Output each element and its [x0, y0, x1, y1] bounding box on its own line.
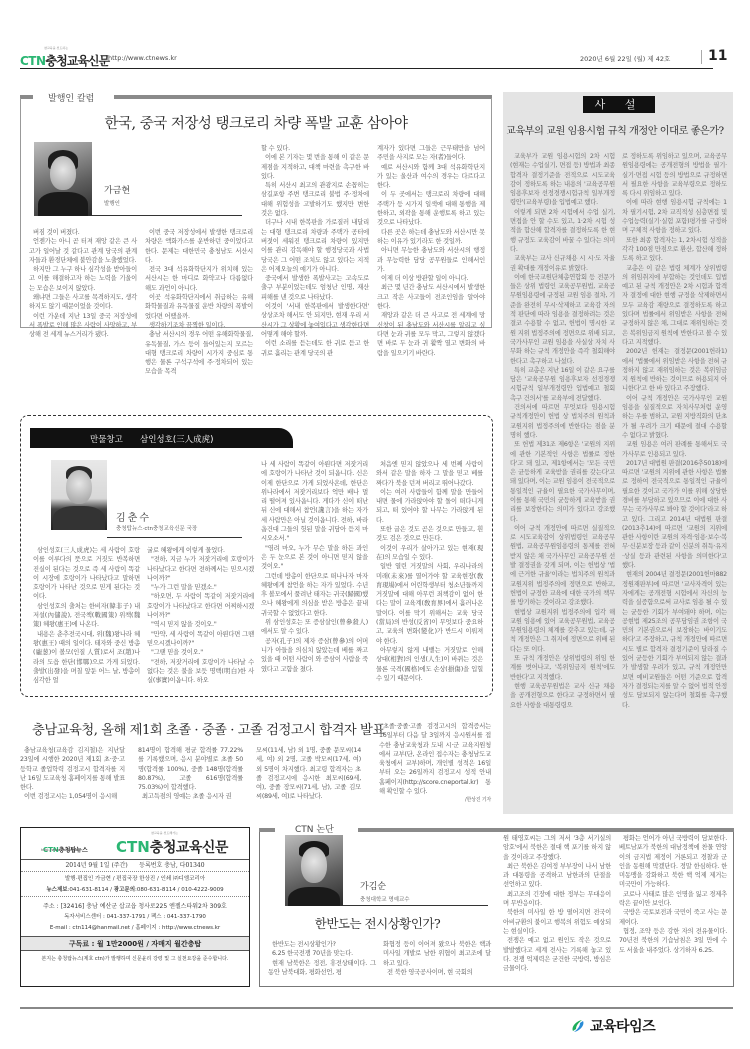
paragraph: 전쟁은 예고 없고 원인도 작은 것으로 발발했다고 세계 전사는 기록해 놓고… — [503, 936, 611, 973]
news-col-2: 814명이 합격해 평균 합격률 77.22%를 기록했으며, 응시 분야별로 … — [138, 746, 243, 802]
manmul-col-1: 삼인성호(三人成虎)는 세 사람이 호랑이를 이루다의 뜻으로 거짓도 반복하면… — [33, 546, 140, 685]
newspaper-logo[interactable]: CTN충청교육신문 — [20, 50, 109, 69]
logo-name: 충청교육신문 — [46, 54, 110, 68]
paragraph: 교육부가 교원 임용시험의 2차 시험(현재는 수업실기, 면접 등) 방법과 … — [510, 152, 615, 208]
paragraph: 교원 임용은 여러 판례를 통해서도 국가사무로 인용되고 있다. — [622, 440, 727, 459]
paragraph: 전 북한 영국공사이며, 현 국회의 — [383, 968, 491, 977]
staff-line: 발행·편집인 가금현 / 편집국장 한상진 / 인쇄 ㈜디엠코리아 — [21, 874, 249, 882]
paragraph: "그땐 믿을 것이오." — [147, 648, 254, 657]
page-header: 참교육을 선도하는 CTN충청교육신문 http://www.ctnews.kr… — [20, 36, 738, 66]
paragraph: 또 헌법 제31조 제6항은 '교원의 지위에 관한 기본적인 사항은 법률로 … — [510, 440, 615, 524]
paragraph: 건의서에 따르면 무엇보다 임용시험 규칙개정안이 헌법 상 법치주의 원칙과 … — [510, 403, 615, 440]
paragraph: "만약, 세 사람이 똑같이 아뢴다면 그땐 믿으시겠나이까?" — [147, 630, 254, 649]
paragraph: 이제 더 이상 방관할 일이 아니다. — [377, 274, 485, 283]
publisher-col-1: 버짐 것이 버졌다.언젠가는 아니 곧 터져 재앙 같은 큰 사고가 일어날 것… — [29, 228, 137, 340]
paragraph: 6.25 한국전쟁 70년을 맞는다. — [268, 949, 376, 958]
footer-logo[interactable]: 교육타임즈 — [570, 1016, 655, 1036]
swoosh-logo-icon — [570, 1018, 586, 1034]
editorial-box: 사 설 교육부의 교원 임용시험 규칙 개정안 이대로 좋은가? 교육부가 교원… — [503, 92, 733, 814]
paragraph: 다른 곳은 하는데 충남도와 서산시만 못하는 이유가 있기라도 한 것일까. — [377, 228, 485, 247]
footer-rule — [20, 1007, 733, 1009]
main-logo[interactable]: CTN충청교육신문 — [116, 837, 228, 857]
paragraph: 내용은 춘추전국시대, 위(魏)왕나라 혜왕(惠王) 때의 일이다. 태자와 중… — [33, 630, 140, 686]
paragraph: 814명이 합격해 평균 합격률 77.22%를 기록했으며, 응시 분야별로 … — [138, 746, 243, 792]
news-col-1: 충남교육청(교육감 김지철)은 지난달 23일에 시행한 2020년 제1회 초… — [20, 746, 125, 802]
paragraph: 삼인성호(三人成虎)는 세 사람이 호랑이를 이루다의 뜻으로 거짓도 반복하면… — [33, 546, 140, 602]
paragraph: 이렇게 되면 2차 시험에서 수업 실기, 면접을 안 할 수도 있고, 1·2… — [510, 208, 615, 254]
main-logo-ctn: CTN — [116, 838, 150, 856]
paragraph: 충남 서산시의 경우 어떤 유해화학물질, 유독물질, 가스 등이 들어있는지 … — [145, 330, 253, 376]
paragraph: 평화는 언어가 아닌 국방력이 담보한다. 베트남포가 북한의 대남정책에 찬물… — [619, 834, 727, 890]
manmul-column: 만물창고 삼인성호(三人成虎) 김춘수 충청탑뉴스·ctn충청교육신문 국장 삼… — [20, 415, 493, 697]
publisher-col-3: 할 수 있다.이에 본 기자는 몇 번을 통해 이 같은 문제점을 지적하고, … — [261, 144, 369, 358]
address-line: 주소 : [32416] 충남 예산군 삽교읍 청사로225 엔젤스타워2차 3… — [21, 901, 249, 910]
news-col-4: 초졸·중졸·고졸 검정고시의 합격증서는 16일부터 다음 달 3일까지 응시원… — [379, 722, 491, 806]
paragraph: "역시 믿지 않을 것이오." — [147, 620, 254, 629]
email-home-line[interactable]: E-mail : ctn114@hanmail.net / 홈페이지 : htt… — [21, 923, 249, 931]
paragraph: 나 세 사람이 똑같이 아뢴다면 저잣거리에 호랑이가 나타난 것이 되옵니다.… — [261, 460, 368, 544]
ad-label: 광고문의 — [114, 887, 135, 893]
author-name: 김춘수 — [116, 509, 151, 524]
paragraph: 언젠가는 아니 곧 터져 재앙 같은 큰 사고가 일어날 것 같다고 관계 당국… — [29, 237, 137, 265]
paragraph: "염려 마오, 누가 무슨 말을 하든 과인은 두 눈으로 본 것이 아니면 믿… — [261, 544, 368, 572]
manmul-col-4: 처음엔 믿지 않았으나 세 번째 사람이 와서 같은 말을 하자 그 말을 믿고… — [376, 460, 483, 683]
contact-line: 뉴스제보:041-631-8114 / 광고문의:080-631-8114 / … — [21, 885, 249, 897]
paragraph: 예로 서산시와 함께 3대 석유화학단지가 있는 울산과 여수의 경우는 다르다… — [377, 163, 485, 191]
author-photo — [285, 835, 343, 906]
manmul-title: 삼인성호(三人成虎) — [140, 433, 213, 445]
publisher-col-4: 계자가 있다면 그들은 근무태만을 넘어 주민을 사지로 모는 자(者)들이다.… — [377, 144, 485, 358]
paragraph: 위 삼인성호는 또 증삼살인(曾參殺人)에서도 알 수 있다. — [261, 618, 368, 637]
paragraph: 특히 교총은 지난 16일 이 같은 요구를 담은 '교육공무원 임용후보자 선… — [510, 366, 615, 403]
paragraph: 전국 3대 석유화학단지가 위치해 있는 서산시는 한 마디로 화약고나 다름없… — [145, 265, 253, 293]
editorial-label: 사 설 — [583, 96, 655, 113]
news-byline: /한상진 기자 — [379, 796, 491, 805]
author-name: 가김순 — [360, 879, 386, 892]
forum-col-4: 평화는 언어가 아닌 국방력이 담보한다. 베트남포가 북한의 대남정책에 찬물… — [619, 834, 727, 955]
paragraph: 특히 서산시 최고의 관광지로 손꼽히는 삼길포항 주변 탱크로리 불법 주·정… — [261, 181, 369, 218]
page-number: 11 — [708, 48, 727, 64]
author-rule — [343, 905, 488, 906]
paragraph: 이번 검정고시는 1,054명이 응시해 — [20, 792, 125, 801]
page-divider — [701, 50, 702, 64]
paragraph: 현재의 2004년 결정문(2001헌마882 정원재판부)에 따르면 '교사자… — [622, 570, 727, 709]
author-rule — [92, 215, 242, 216]
forum-col-3: 원 태영호씨는 그의 저서 '3층 서기실의 암호'에서 북한은 절대 핵 포기… — [503, 834, 611, 973]
main-logo-name: 충청교육신문 — [150, 840, 228, 856]
ethics-line: 본지는 충청탑뉴스(제호 ctn)가 발행하며 신문윤리 강령 및 그 실천요강… — [21, 955, 249, 962]
publisher-col-2: 이번 중국 저장성에서 발생한 탱크로리 차량은 액화가스를 운반하던 중이었다… — [145, 228, 253, 377]
paragraph: 중국에서 발생한 폭발사고는 고속도로 출구 부분이었는데도 엄청난 인명, 재… — [261, 274, 369, 302]
paragraph: 최고득점의 영예는 초졸 응시자 권 — [138, 792, 243, 801]
ad-phone[interactable]: :080-631-8114 / 010-4222-9009 — [135, 887, 224, 893]
paragraph: 원 태영호씨는 그의 저서 '3층 서기실의 암호'에서 북한은 절대 핵 포기… — [503, 834, 611, 862]
paragraph: 이는 여러 사람들이 함께 말을 만들어 내면 물에 가라앉아야 할 돌이 떠다… — [376, 488, 483, 525]
paragraph: 충남교육청(교육감 김지철)은 지난달 23일에 시행한 2020년 제1회 초… — [20, 746, 125, 792]
paragraph: 이어 규칙 개정안에 따르면 실질적으로 시도교육감이 상위법령인 교육공무원법… — [510, 524, 615, 608]
forum-col-2: 화협정 등이 이어져 왔으나 북한은 핵과 미사일 개발로 남한 위협이 최고조… — [383, 940, 491, 977]
paragraph: 공자(孔子)의 제자 증삼(曾參)의 어머니가 아들을 의심치 않았는데 베를 … — [261, 637, 368, 674]
news-headline: 충남교육청, 올해 제1회 초졸 · 중졸 · 고졸 검정고시 합격자 발표 — [32, 719, 372, 738]
paragraph: "전하, 지금 누가 저잣거리에 호랑이가 나타났다고 한다면 전하께서는 믿으… — [147, 555, 254, 583]
paragraph: "누가 그런 말을 믿겠소." — [147, 583, 254, 592]
paragraph: 한반도는 전시상황인가? — [268, 940, 376, 949]
forum-column: 가김순 충청대학교 명예교수 한반도는 전시상황인가? 한반도는 전시상황인가?… — [259, 832, 734, 987]
editorial-col-2: 로 정하도록 위임하고 있으며, 교육공무원임용령에는 공개전형의 방법을 필기… — [622, 152, 727, 812]
paragraph: 왜냐면 그들은 사고를 목격하지도, 생각하지도 않기 때문이었을 것이다. — [29, 293, 137, 312]
paragraph: 하지만 그 누구 하나 심각성을 받아들이고 이를 해결하고자 하는 노력을 기… — [29, 265, 137, 293]
reader-center-line: 독자서비스센터 : 041-337-1791 / 팩스 : 041-337-17… — [21, 912, 249, 920]
paragraph: 아니면 무능한 충남도와 서산시의 행정과 무능력한 담당 공무원들로 인해서인… — [377, 246, 485, 274]
paragraph: 최근 몇 년간 충남도 서산시에서 발생한 크고 작은 사고들이 전조인임을 알… — [377, 283, 485, 311]
sub-logo[interactable]: CTN충청탑뉴스 — [43, 837, 88, 856]
paragraph: 국방은 국토보전과 국민이 죽고 사는 문제이다. — [619, 908, 727, 927]
paragraph: 생각하기조차 끔찍한 일이다. — [145, 321, 253, 330]
registration-line: 2014년 9월 1일 (주간) 등록번호 충남, 다01340 — [21, 859, 249, 872]
manmul-col-3: 나 세 사람이 똑같이 아뢴다면 저잣거리에 호랑이가 나타난 것이 되옵니다.… — [261, 460, 368, 674]
author-rule — [107, 537, 242, 538]
paragraph: 최고조의 긴장에 대한 정부는 무대응이며 무반응이다. — [503, 890, 611, 909]
paragraph: 이 두 곳에서는 탱크로리 차량에 대해 주택가 등 시가지 일색에 대해 통행… — [377, 190, 485, 227]
paragraph: 이런 소리를 듣는데도 한 귀로 듣고 한 귀로 흘리는 관계 당국의 관 — [261, 339, 369, 358]
paragraph: 모씨(11세, 남) 외 1명, 중졸 문모씨(14세, 여) 외 2명, 고졸… — [256, 746, 361, 802]
paragraph: 이곳 석유화학단지에서 취급하는 유해화학물질과 유독물질 운반 차량의 폭발이… — [145, 293, 253, 321]
issue-date: 2020년 6월 22일 (월) 제 42호 — [580, 54, 670, 63]
news-col-3: 모씨(11세, 남) 외 1명, 중졸 문모씨(14세, 여) 외 2명, 고졸… — [256, 746, 361, 802]
author-name: 가금현 — [104, 183, 130, 196]
author-photo — [34, 142, 92, 216]
author-role: 충청탑뉴스·ctn충청교육신문 국장 — [116, 524, 197, 532]
header-rule — [20, 68, 713, 69]
paragraph: 현행 교육공무원법은 교사 신규 채용을 공개전형으로 한다고 규정하면서 필요… — [510, 682, 615, 710]
paragraph: 초졸·중졸·고졸 검정고시의 합격증서는 16일부터 다음 달 3일까지 응시원… — [379, 722, 491, 796]
author-role: 충청대학교 명예교수 — [360, 895, 410, 903]
paragraph: 이것이 우리가 살아가고 있는 현재(現在)의 모습일 수 있다. — [376, 544, 483, 563]
masthead-box: CTN충청탑뉴스 http://www.ctnews.kr 참교육을 선도해가는… — [20, 827, 250, 987]
publisher-column: 한국, 중국 저장성 탱크로리 차량 폭발 교훈 삼아야 가금현 발행인 버짐 … — [20, 98, 492, 328]
paragraph: 현재 남북한은 정전, 휴전상태이다. 그동안 남북대화, 평화선언, 평 — [268, 959, 376, 978]
paragraph: 이에 본 기자는 몇 번을 통해 이 같은 문제점을 지적하고, 대책 마련을 … — [261, 153, 369, 181]
paragraph: 재앙과 같은 더 큰 사고로 전 세계에 망신창이 된 충남도와 서산시를 알리… — [377, 311, 485, 357]
author-photo — [51, 460, 107, 530]
paragraph: 이번 중국 저장성에서 발생한 탱크로리 차량은 액화가스를 운반하던 중이었다… — [145, 228, 253, 265]
paragraph: 계자가 있다면 그들은 근무태만을 넘어 주민을 사지로 모는 자(者)들이다. — [377, 144, 485, 163]
paragraph: 이것이 '서내 한복판에서 발생한다면' 상상조차 해서도 안 되지만, 현재 … — [261, 302, 369, 339]
sub-logo-url[interactable]: http://www.ctnews.kr — [41, 848, 78, 852]
paragraph: 삼인성호의 출처는 한비자(韓非子) 내저설(內儲說), 전국책(戰國策) 위책… — [33, 602, 140, 630]
paragraph: 이에 한국교원단체총연합회 등 전문가들은 상위 법령인 교육공무원법, 교육공… — [510, 273, 615, 366]
paragraph: 그런데 방총이 한단으로 떠나나자 마자 혜왕에게 참언을 하는 자가 있었다.… — [261, 572, 368, 618]
forum-col-1: 한반도는 전시상황인가?6.25 한국전쟁 70년을 맞는다.현재 남북한은 정… — [268, 940, 376, 977]
paragraph: 교총은 이 같은 법령 체계가 상위법령의 위임취지에 부합하는 것인데도 입법… — [622, 264, 727, 348]
paragraph: 더구나 시내 한복판을 가로질러 내달리는 대형 탱크로리 차량과 주택가 공터… — [261, 218, 369, 274]
paragraph: 일반 열린 거짓말의 사회, 우리나라의 미래(未來)를 열어가야 할 교육현장… — [376, 562, 483, 646]
paragraph: 또한 최종 합격자는 1, 2차시험 성적을 각각 100점 만점으로 환산, … — [622, 236, 727, 264]
paragraph: 2017년 대법원 판결(2016추5018)에 따르면 '교원의 지위에 관한… — [622, 459, 727, 571]
site-url[interactable]: http://www.ctnews.kr — [108, 54, 177, 62]
forum-headline: 한반도는 전시상황인가? — [260, 914, 495, 932]
editorial-headline: 교육부의 교원 임용시험 규칙 개정안 이대로 좋은가? — [506, 122, 732, 137]
paragraph: 아무렇지 않게 내뱉는 거짓말로 인해 상대(相對)의 인생(人生)이 바뀌는 … — [376, 646, 483, 683]
paragraph: 할 수 있다. — [261, 144, 369, 153]
editorial-col-1: 교육부가 교원 임용시험의 2차 시험(현재는 수업실기, 면접 등) 방법과 … — [510, 152, 615, 812]
paragraph: 코로나 사태로 많은 인명을 잃고 경제추락은 끝이안 보인다. — [619, 890, 727, 909]
paragraph: 2002년 헌재는 결정문(2001헌라1)에서 '법률에서 위임받은 사항을 … — [622, 347, 727, 393]
paragraph: 최근 북한은 김여정 부부장이 나서 남한과 대통령을 공격하고 남한과의 단절… — [503, 862, 611, 890]
paragraph: 버짐 것이 버졌다. — [29, 228, 137, 237]
paragraph: 교육부는 교사 신규채용 시 시·도 자율권 확대를 개정이유로 밝혔다. — [510, 254, 615, 273]
paragraph: 또한 굽은 것도 곧은 것으로 만들고, 흰 것도 검은 것으로 만든다. — [376, 525, 483, 544]
manmul-col-2: 굴로 혜왕에게 이렇게 물었다."전하, 지금 누가 저잣거리에 호랑이가 나타… — [147, 546, 254, 685]
publisher-headline: 한국, 중국 저장성 탱크로리 차량 폭발 교훈 삼아야 — [21, 112, 491, 133]
paragraph: 이어 규칙 개정안은 국가사무인 교원 임용을 실질적으로 자치사무처럼 운영하… — [622, 394, 727, 440]
paragraph: 화협정 등이 이어져 왔으나 북한은 핵과 미사일 개발로 남한 위협이 최고조… — [383, 940, 491, 968]
paragraph: 또 규칙 개정안은 상위법령의 위임 한계를 벗어나고, '복위임금지 원칙'에… — [510, 654, 615, 682]
paragraph: 이런 가운데 지난 13일 중국 저장성에서 폭발로 인해 많은 사람이 사망하… — [29, 312, 137, 340]
paragraph: 이에 따라 현행 임용시험 규칙에는 1차 필기시험, 2차 교직적성 심층면접… — [622, 198, 727, 235]
paragraph: "하오면, 두 사람이 똑같이 저잣거리에 호랑이가 나타났다고 한다면 어찌하… — [147, 592, 254, 620]
logo-ctn: CTN — [20, 54, 46, 68]
main-tagline: 참교육을 선도해가는 — [151, 831, 178, 835]
news-tip-label: 뉴스제보 — [46, 887, 67, 893]
paragraph: 굴로 혜왕에게 이렇게 물었다. — [147, 546, 254, 555]
paragraph: 로 정하도록 위임하고 있으며, 교육공무원임용령에는 공개전형의 방법을 필기… — [622, 152, 727, 198]
manmul-title-bar: 만물창고 삼인성호(三人成虎) — [30, 428, 293, 448]
paragraph: 현법상 교원지위 법정주의에 입각 해 교원 임용에 있어 교육공무원법, 교육… — [510, 608, 615, 654]
author-role: 발행인 — [104, 199, 120, 207]
paragraph: 협정, 조약 등은 강한 자의 전유물이다. 70년전 북한의 기습남침은 3일… — [619, 927, 727, 955]
footer-logo-name: 교육타임즈 — [590, 1016, 655, 1036]
paragraph: "전하, 저잣거리에 호랑이가 나타날 수 없다는 것은 불을 보듯 명백(明白… — [147, 658, 254, 686]
paragraph: 북한의 미사일 한 방 떨어지면 전국이 아비규환의 불이고 행복의 위험도 예… — [503, 908, 611, 936]
manmul-section-label: 만물창고 — [90, 433, 123, 445]
subscription-line: 구독료 : 월 1만2000원 / 자매지 월간충탑 — [21, 936, 249, 951]
paragraph: 처음엔 믿지 않았으나 세 번째 사람이 와서 같은 말을 하자 그 말을 믿고… — [376, 460, 483, 488]
news-tip-phone[interactable]: :041-631-8114 — [68, 887, 109, 893]
